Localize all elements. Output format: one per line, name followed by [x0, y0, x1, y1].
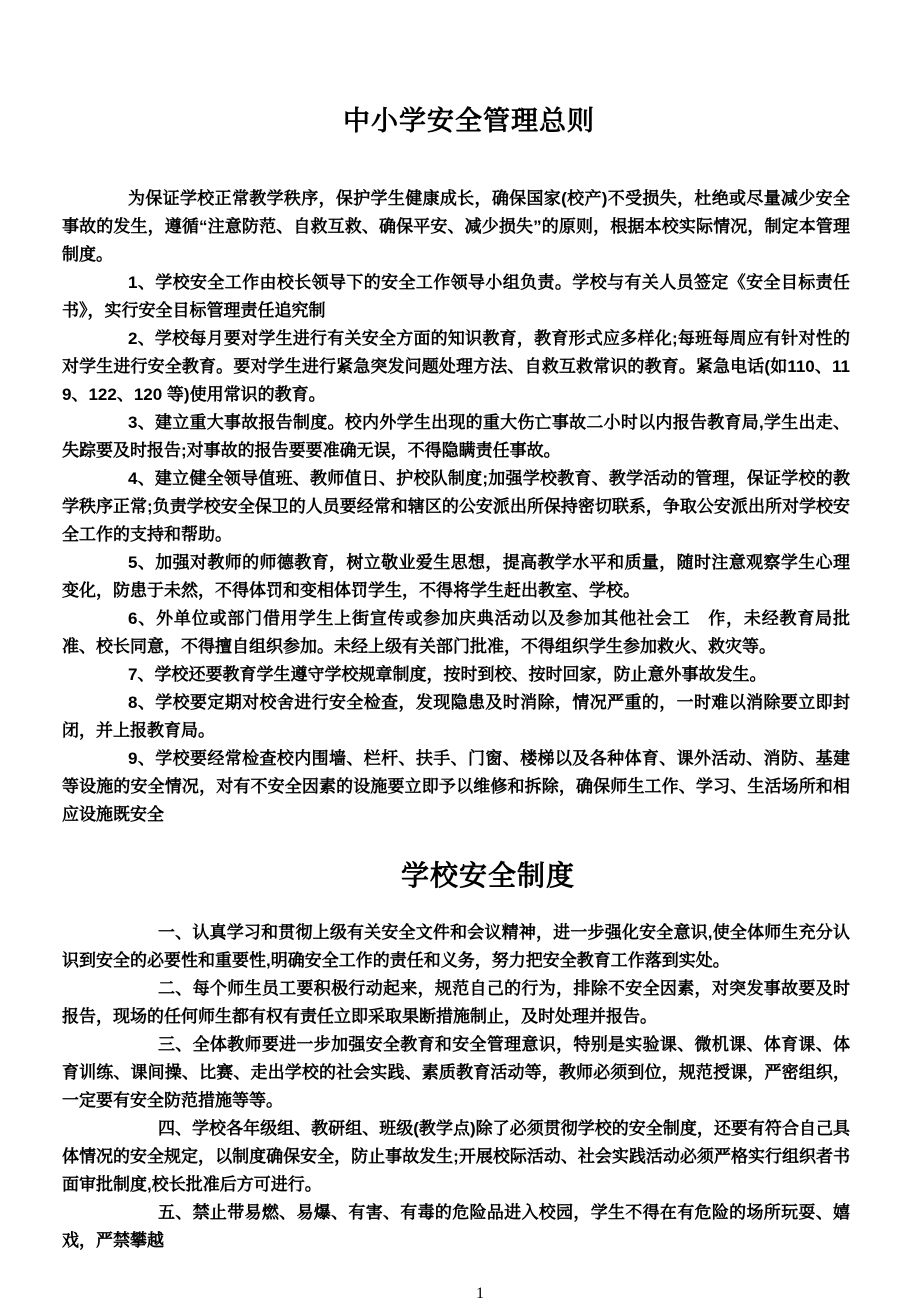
- paragraph: 三、全体教师要进一步加强安全教育和安全管理意识，特别是实验课、微机课、体育课、体…: [62, 1031, 850, 1115]
- document-page: 中小学安全管理总则 为保证学校正常教学秩序，保护学生健康成长，确保国家(校产)不…: [0, 0, 920, 1302]
- section-paragraphs: 一、认真学习和贯彻上级有关安全文件和会议精神，进一步强化安全意识,使全体师生充分…: [62, 919, 850, 1255]
- paragraph: 3、建立重大事故报告制度。校内外学生出现的重大伤亡事故二小时以内报告教育局,学生…: [62, 409, 850, 465]
- paragraph: 4、建立健全领导值班、教师值日、护校队制度;加强学校教育、教学活动的管理，保证学…: [62, 465, 850, 549]
- paragraph: 一、认真学习和贯彻上级有关安全文件和会议精神，进一步强化安全意识,使全体师生充分…: [62, 919, 850, 975]
- paragraph: 5、加强对教师的师德教育，树立敬业爱生思想，提高教学水平和质量，随时注意观察学生…: [62, 549, 850, 605]
- page-number: 1: [86, 1283, 874, 1302]
- paragraph: 6、外单位或部门借用学生上街宣传或参加庆典活动以及参加其他社会工 作，未经教育局…: [62, 605, 850, 661]
- section-paragraphs: 为保证学校正常教学秩序，保护学生健康成长，确保国家(校产)不受损失，杜绝或尽量减…: [62, 185, 850, 829]
- paragraph: 8、学校要定期对校舍进行安全检查，发现隐患及时消除，情况严重的，一时难以消除要立…: [62, 689, 850, 745]
- paragraph: 五、禁止带易燃、易爆、有害、有毒的危险品进入校园，学生不得在有危险的场所玩耍、嬉…: [62, 1199, 850, 1255]
- paragraph: 四、学校各年级组、教研组、班级(教学点)除了必须贯彻学校的安全制度，还要有符合自…: [62, 1115, 850, 1199]
- section-title: 学校安全制度: [62, 859, 850, 893]
- paragraph: 9、学校要经常检查校内围墙、栏杆、扶手、门窗、楼梯以及各种体育、课外活动、消防、…: [62, 745, 850, 829]
- paragraph: 7、学校还要教育学生遵守学校规章制度，按时到校、按时回家，防止意外事故发生。: [62, 661, 850, 689]
- paragraph: 2、学校每月要对学生进行有关安全方面的知识教育，教育形式应多样化;每班每周应有针…: [62, 325, 850, 409]
- section-general-rules: 中小学安全管理总则 为保证学校正常教学秩序，保护学生健康成长，确保国家(校产)不…: [62, 104, 850, 829]
- section-safety-system: 学校安全制度 一、认真学习和贯彻上级有关安全文件和会议精神，进一步强化安全意识,…: [62, 859, 850, 1255]
- paragraph: 为保证学校正常教学秩序，保护学生健康成长，确保国家(校产)不受损失，杜绝或尽量减…: [62, 185, 850, 269]
- section-title: 中小学安全管理总则: [62, 104, 850, 138]
- paragraph: 二、每个师生员工要积极行动起来，规范自己的行为，排除不安全因素，对突发事故要及时…: [62, 975, 850, 1031]
- paragraph: 1、学校安全工作由校长领导下的安全工作领导小组负责。学校与有关人员签定《安全目标…: [62, 269, 850, 325]
